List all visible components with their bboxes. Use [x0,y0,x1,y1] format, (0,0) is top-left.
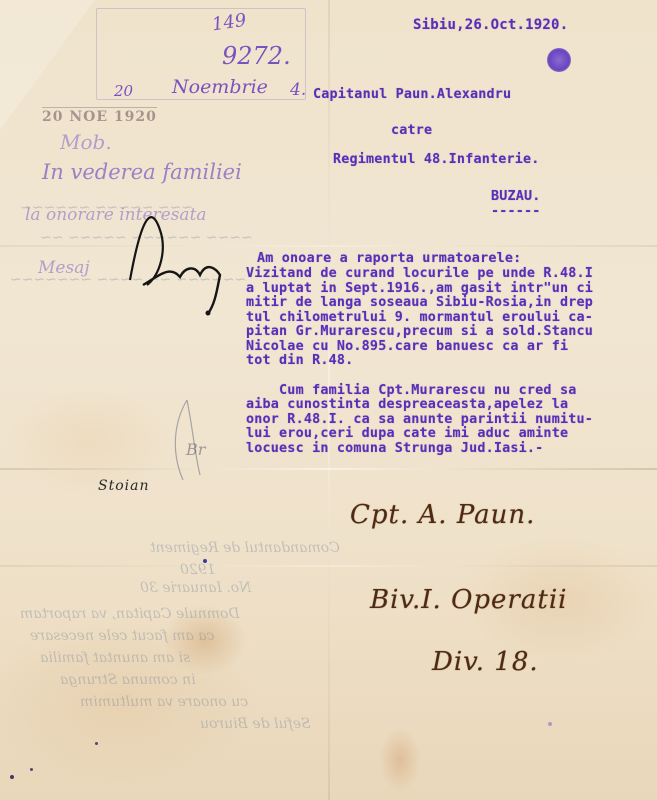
place-date: Sibiu,26.Oct.1920. [413,18,568,33]
body-line: tot din R.48. [246,354,353,369]
body-line: lui erou,ceri dupa cate imi aduc aminte [246,427,568,442]
black-signature-flourish [125,205,235,320]
sender-line: Capitanul Paun.Alexandru [313,88,511,103]
bleed-line: Comandantul de Regiment [150,540,340,556]
signature-unit: Biv.I. Operatii [370,585,567,615]
ink-seal-dot [547,48,571,72]
body-line: Am onoare a raporta urmatoarele: [257,252,521,267]
black-signature-text: Drăghici [140,268,144,269]
recipient-line: Regimentul 48.Infanterie. [333,153,540,168]
city-underline: ------ [491,205,541,220]
received-date-stamp: 20 NOE 1920 [42,107,157,125]
body-line: pitan Gr.Murarescu,precum si a sold.Stan… [246,325,593,340]
bleed-line: ca am facut cele necesare [30,628,214,644]
margin-note-familiei: In vederea familiei [42,160,242,184]
ink-speck [30,768,33,771]
ink-speck [548,722,552,726]
body-line: aiba cunostinta despreaceasta,apelez la [246,398,568,413]
recipient-city: BUZAU. [491,190,541,205]
registry-number: 9272. [222,42,291,70]
ink-speck [95,742,98,745]
pencil-signature: Stoian [98,478,150,494]
bleed-line: Domnule Capitan, va raportam [20,606,240,622]
pencil-mark: Br [186,440,205,459]
body-line: mitir de langa soseaua Sibiu-Rosia,in dr… [246,296,593,311]
body-line: locuesc in comuna Strunga Jud.Iasi.- [246,442,543,457]
bleed-line: in comuna Strunga [60,672,196,688]
registry-suffix: 4. [290,80,306,100]
registry-day: 20 [114,82,133,100]
margin-note-mesaj: Mesaj [38,258,90,278]
margin-note-mob: Mob. [60,130,112,154]
bleed-line: si am anuntat familia [40,650,190,666]
body-line: Vizitand de curand locurile pe unde R.48… [246,267,593,282]
signature-name: Cpt. A. Paun. [350,500,535,530]
bleed-line: No. Ianuarie 30 [140,580,251,596]
registry-month: Noembrie [172,76,268,98]
bleed-line: cu onoare va multumim [80,694,248,710]
ink-speck [203,559,207,563]
bleed-line: 1920 [180,562,216,578]
scanned-letter-page: Comandantul de Regiment 1920 No. Ianuari… [0,0,657,800]
signature-division: Div. 18. [432,647,539,677]
bleed-line: Seful de Biurou [200,716,311,732]
connector-line: catre [391,124,432,139]
ink-speck [10,775,14,779]
